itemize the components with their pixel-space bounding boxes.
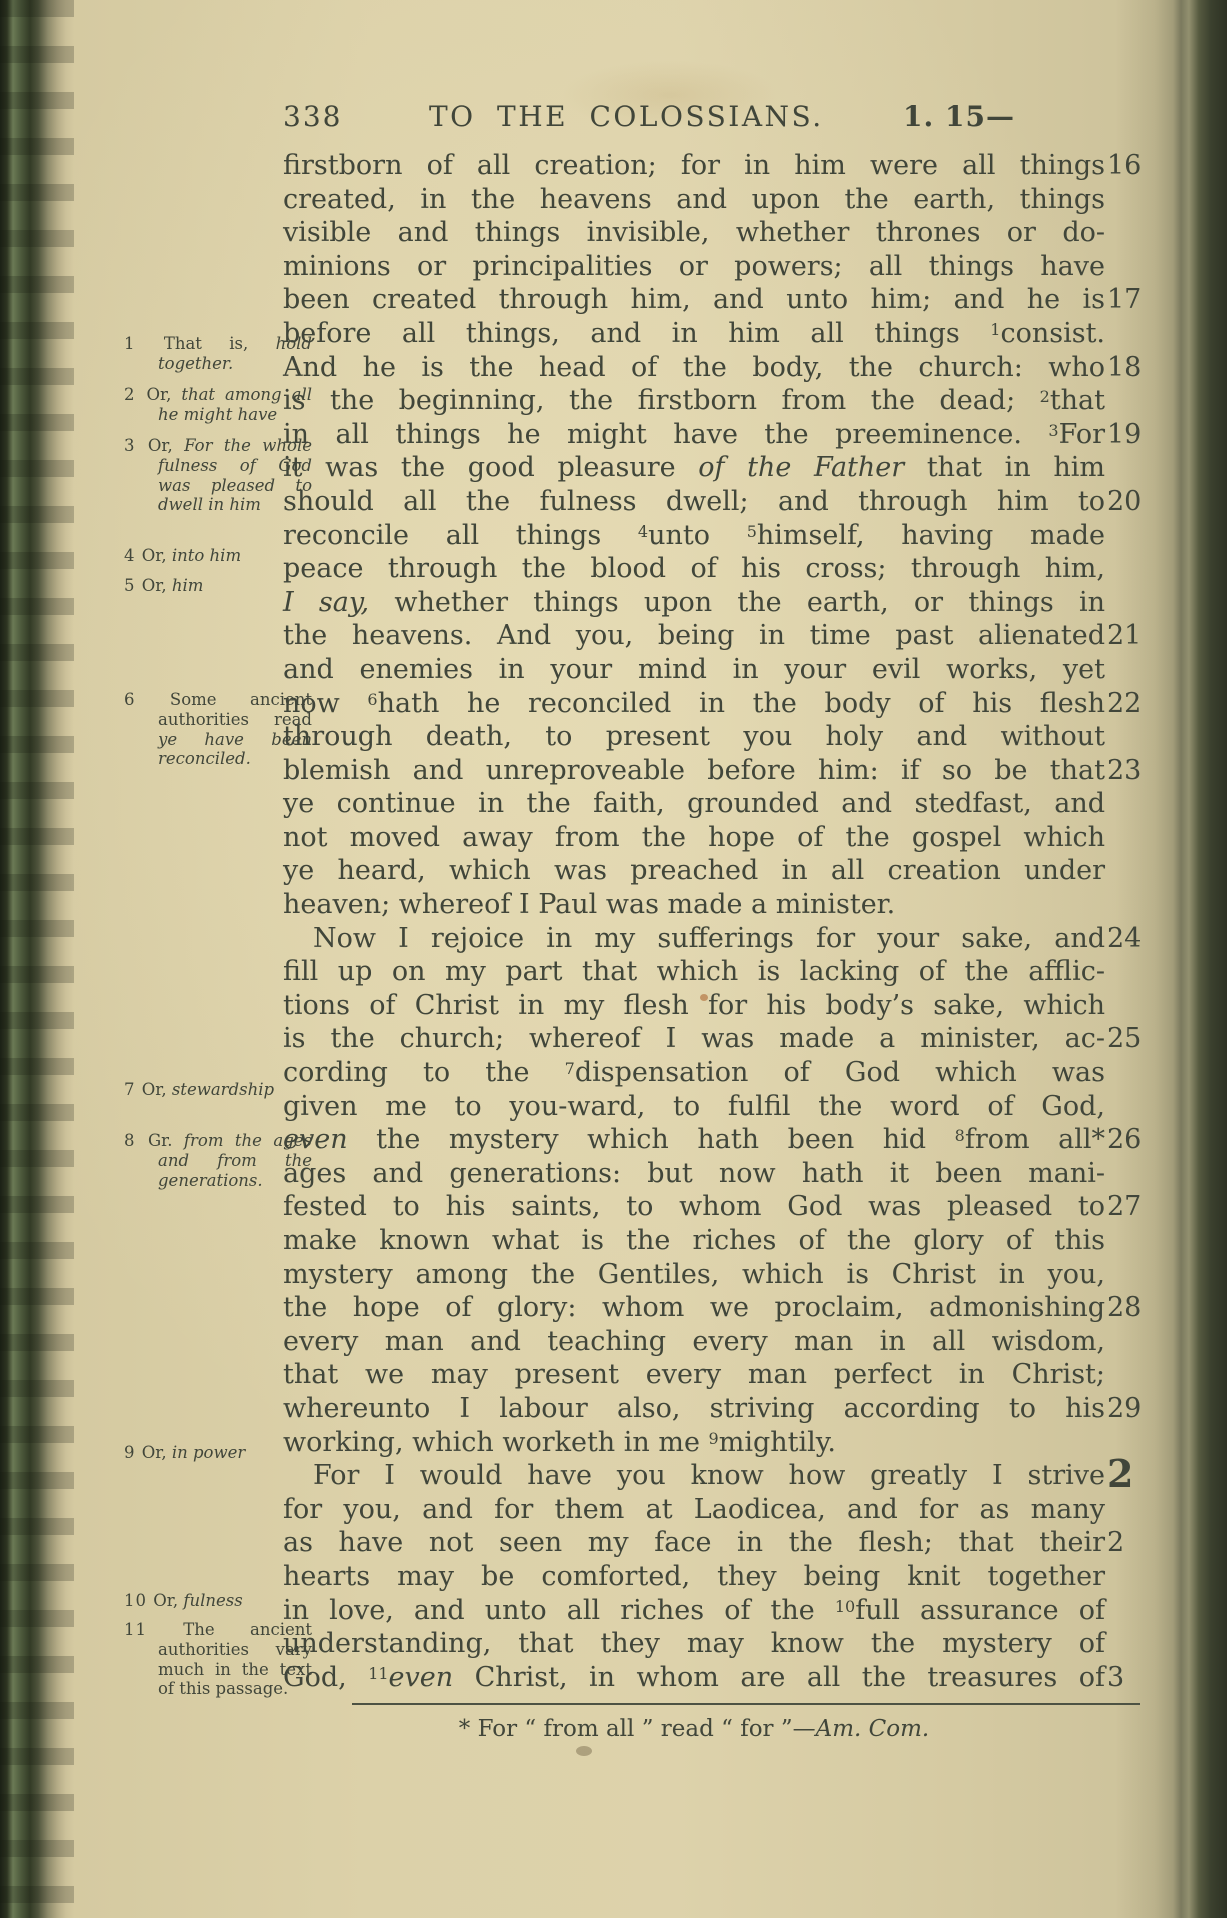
note-reference-mark: 2 [1040, 387, 1050, 406]
text-line: heaven; whereof I Paul was made a minist… [283, 888, 1105, 922]
note-number: 8 [124, 1131, 148, 1150]
text-segment: Or, [142, 546, 172, 565]
text-segment: that we may present every man perfect in… [283, 1359, 1105, 1390]
text-line: is the church; whereof I was made a mini… [283, 1022, 1105, 1056]
text-line: as have not seen my face in the flesh; t… [283, 1526, 1105, 1560]
text-segment: consist. [1000, 318, 1105, 349]
text-segment: that in him [904, 452, 1105, 483]
text-line: ye heard, which was preached in all crea… [283, 854, 1105, 888]
text-segment: reconcile all things [283, 520, 638, 551]
text-line: ye continue in the faith, grounded and s… [283, 787, 1105, 821]
text-segment: that [1050, 385, 1105, 416]
text-line: the hope of glory: whom we proclaim, adm… [283, 1291, 1105, 1325]
text-line: and enemies in your mind in your evil wo… [283, 653, 1105, 687]
note-number: 9 [124, 1443, 142, 1462]
text-line: cording to the 7dispensation of God whic… [283, 1056, 1105, 1090]
text-segment: heaven; whereof I Paul was made a minist… [283, 889, 895, 920]
text-segment: And he is the head of the body, the chur… [283, 352, 1105, 383]
note-reference-mark: 6 [367, 690, 377, 709]
text-segment: the mystery which hath been hid [348, 1124, 955, 1155]
note-number: 1 [124, 334, 164, 353]
text-line: fill up on my part that which is lacking… [283, 955, 1105, 989]
note-number: 7 [124, 1080, 142, 1099]
text-segment: Christ, in whom are all the treasures of [453, 1662, 1105, 1693]
text-line: should all the fulness dwell; and throug… [283, 485, 1105, 519]
text-segment: working, which worketh in me [283, 1427, 709, 1458]
text-segment: and enemies in your mind in your evil wo… [283, 654, 1105, 685]
text-line: fested to his saints, to whom God was pl… [283, 1190, 1105, 1224]
text-segment: firstborn of all creation; for in him we… [283, 150, 1105, 181]
text-segment: tions of Christ in my flesh for his body… [283, 990, 1105, 1021]
verse-number: 26 [1107, 1123, 1163, 1157]
text-segment: dispensation of God which was [575, 1057, 1105, 1088]
text-segment: visible and things invisible, whether th… [283, 217, 1105, 248]
note-number: 2 [124, 385, 146, 404]
text-segment: whereunto I labour also, striving accord… [283, 1393, 1105, 1424]
text-segment: understanding, that they may know the my… [283, 1628, 1105, 1659]
note-reference-mark: 7 [565, 1059, 575, 1078]
text-segment: been created through him, and unto him; … [283, 284, 1105, 315]
text-line: peace through the blood of his cross; th… [283, 552, 1105, 586]
footnote: * For “ from all ” read “ for ”—Am. Com. [283, 1714, 1105, 1744]
verse-number: 3 [1107, 1661, 1163, 1695]
text-line: it was the good pleasure of the Father t… [283, 451, 1105, 485]
text-line: understanding, that they may know the my… [283, 1627, 1105, 1661]
text-segment: even [389, 1662, 454, 1693]
text-line: now 6hath he reconciled in the body of h… [283, 687, 1105, 721]
text-segment: For I would have you know how greatly I … [313, 1460, 1105, 1491]
text-segment: is the church; whereof I was made a mini… [283, 1023, 1105, 1054]
paper-stain [576, 1746, 592, 1756]
running-header: 338 TO THE COLOSSIANS. 1. 15— [283, 100, 1105, 140]
text-segment: Or, [153, 1591, 183, 1610]
text-segment: is the beginning, the firstborn from the… [283, 385, 1040, 416]
text-segment: him [172, 576, 204, 595]
verse-number: 16 [1107, 149, 1163, 183]
note-reference-mark: 3 [1048, 421, 1058, 440]
text-segment: from all* [965, 1124, 1105, 1155]
text-line: even the mystery which hath been hid 8fr… [283, 1123, 1105, 1157]
text-segment: Gr. [148, 1131, 184, 1150]
text-line: God, 11even Christ, in whom are all the … [283, 1661, 1105, 1695]
note-number: 10 [124, 1591, 153, 1610]
text-segment: in power [172, 1443, 245, 1462]
text-line: make known what is the riches of the glo… [283, 1224, 1105, 1258]
text-segment: ages and generations: but now hath it be… [283, 1158, 1105, 1189]
text-segment: ye continue in the faith, grounded and s… [283, 788, 1105, 819]
chapter-number: 2 [1107, 1457, 1163, 1491]
text-segment: the hope of glory: whom we proclaim, adm… [283, 1292, 1105, 1323]
verse-number: 21 [1107, 619, 1163, 653]
text-segment: Or, [146, 385, 181, 404]
verse-reference: 1. 15— [903, 100, 1015, 133]
note-reference-mark: 9 [709, 1429, 719, 1448]
text-segment: I say, [283, 587, 369, 618]
text-segment: mightily. [719, 1427, 836, 1458]
text-segment: hath he reconciled in the body of his fl… [378, 688, 1105, 719]
text-segment: Or, [142, 1443, 172, 1462]
text-segment: every man and teaching every man in all … [283, 1326, 1105, 1357]
text-line: firstborn of all creation; for in him we… [283, 149, 1105, 183]
text-line: been created through him, and unto him; … [283, 283, 1105, 317]
text-segment: fested to his saints, to whom God was pl… [283, 1191, 1105, 1222]
text-line: in all things he might have the preemine… [283, 418, 1105, 452]
note-number: 3 [124, 436, 148, 455]
text-line: whereunto I labour also, striving accord… [283, 1392, 1105, 1426]
text-segment: it was the good pleasure [283, 452, 698, 483]
text-segment: created, in the heavens and upon the ear… [283, 184, 1105, 215]
text-segment: himself, having made [757, 520, 1105, 551]
verse-number: 19 [1107, 418, 1163, 452]
text-segment: as have not seen my face in the flesh; t… [283, 1527, 1105, 1558]
text-segment: given me to you-ward, to fulfil the word… [283, 1091, 1105, 1122]
text-segment: Am. Com. [816, 1716, 930, 1742]
text-segment: * For “ from all ” read “ for ”— [459, 1716, 816, 1742]
text-segment: not moved away from the hope of the gosp… [283, 822, 1105, 853]
verse-number: 17 [1107, 283, 1163, 317]
text-segment: should all the fulness dwell; and throug… [283, 486, 1105, 517]
text-segment: before all things, and in him all things [283, 318, 990, 349]
text-segment: of the Father [698, 452, 904, 483]
verse-number: 20 [1107, 485, 1163, 519]
text-segment: for you, and for them at Laodicea, and f… [283, 1494, 1105, 1525]
note-reference-mark: 4 [638, 522, 648, 541]
text-line: before all things, and in him all things… [283, 317, 1105, 351]
note-reference-mark: 11 [368, 1664, 388, 1683]
text-line: For I would have you know how greatly I … [283, 1459, 1105, 1493]
text-segment: peace through the blood of his cross; th… [283, 553, 1105, 584]
text-segment: make known what is the riches of the glo… [283, 1225, 1105, 1256]
footnote-rule [352, 1703, 1140, 1705]
note-reference-mark: 10 [835, 1597, 855, 1616]
text-segment: ye heard, which was preached in all crea… [283, 855, 1105, 886]
text-line: through death, to present you holy and w… [283, 720, 1105, 754]
verse-number: 18 [1107, 351, 1163, 385]
text-segment: stewardship [172, 1080, 274, 1099]
scripture-text: firstborn of all creation; for in him we… [283, 149, 1105, 1694]
note-reference-mark: 1 [990, 320, 1000, 339]
text-segment: hearts may be comforted, they being knit… [283, 1561, 1105, 1592]
book-binding-left [0, 0, 74, 1918]
verse-number: 2 [1107, 1526, 1163, 1560]
text-line: tions of Christ in my flesh for his body… [283, 989, 1105, 1023]
text-segment: fill up on my part that which is lacking… [283, 956, 1105, 987]
text-segment: Or, [148, 436, 184, 455]
text-segment: in love, and unto all riches of the [283, 1595, 835, 1626]
text-line: in love, and unto all riches of the 10fu… [283, 1594, 1105, 1628]
text-segment: For [1059, 419, 1105, 450]
text-line: visible and things invisible, whether th… [283, 216, 1105, 250]
text-line: reconcile all things 4unto 5himself, hav… [283, 519, 1105, 553]
text-line: not moved away from the hope of the gosp… [283, 821, 1105, 855]
text-line: I say, whether things upon the earth, or… [283, 586, 1105, 620]
text-segment: cording to the [283, 1057, 565, 1088]
verse-number: 24 [1107, 922, 1163, 956]
text-line: Now I rejoice in my sufferings for your … [283, 922, 1105, 956]
text-line: every man and teaching every man in all … [283, 1325, 1105, 1359]
text-line: working, which worketh in me 9mightily. [283, 1426, 1105, 1460]
text-segment: Now I rejoice in my sufferings for your … [313, 923, 1105, 954]
text-segment: through death, to present you holy and w… [283, 721, 1105, 752]
note-number: 6 [124, 690, 170, 709]
note-reference-mark: 5 [747, 522, 757, 541]
text-line: ages and generations: but now hath it be… [283, 1157, 1105, 1191]
text-line: that we may present every man perfect in… [283, 1358, 1105, 1392]
verse-number: 22 [1107, 687, 1163, 721]
verse-number: 27 [1107, 1190, 1163, 1224]
text-segment: in all things he might have the preemine… [283, 419, 1048, 450]
text-segment: fulness [183, 1591, 242, 1610]
verse-number: 29 [1107, 1392, 1163, 1426]
text-line: mystery among the Gentiles, which is Chr… [283, 1258, 1105, 1292]
text-segment: whether things upon the earth, or things… [369, 587, 1105, 618]
text-segment: into him [172, 546, 241, 565]
text-segment: blemish and unreproveable before him: if… [283, 755, 1105, 786]
text-line: is the beginning, the firstborn from the… [283, 384, 1105, 418]
text-line: given me to you-ward, to fulfil the word… [283, 1090, 1105, 1124]
text-line: the heavens. And you, being in time past… [283, 619, 1105, 653]
text-line: minions or principalities or powers; all… [283, 250, 1105, 284]
text-line: for you, and for them at Laodicea, and f… [283, 1493, 1105, 1527]
verse-number: 28 [1107, 1291, 1163, 1325]
text-segment: unto [648, 520, 747, 551]
note-reference-mark: 8 [955, 1126, 965, 1145]
text-segment: Or, [142, 576, 172, 595]
page-number: 338 [283, 100, 342, 133]
note-number: 11 [124, 1620, 183, 1639]
text-segment: mystery among the Gentiles, which is Chr… [283, 1259, 1105, 1290]
note-number: 4 [124, 546, 142, 565]
text-segment: even [283, 1124, 348, 1155]
text-line: created, in the heavens and upon the ear… [283, 183, 1105, 217]
text-segment: the heavens. And you, being in time past… [283, 620, 1105, 651]
text-segment: full assurance of [855, 1595, 1105, 1626]
text-segment: now [283, 688, 367, 719]
text-segment: Or, [142, 1080, 172, 1099]
verse-number: 23 [1107, 754, 1163, 788]
text-segment: minions or principalities or powers; all… [283, 251, 1105, 282]
book-page: 338 TO THE COLOSSIANS. 1. 15— firstborn … [0, 0, 1227, 1918]
text-line: blemish and unreproveable before him: if… [283, 754, 1105, 788]
running-title: TO THE COLOSSIANS. [429, 100, 824, 133]
note-number: 5 [124, 576, 142, 595]
text-line: hearts may be comforted, they being knit… [283, 1560, 1105, 1594]
verse-number: 25 [1107, 1022, 1163, 1056]
text-segment: God, [283, 1662, 368, 1693]
text-segment: That is, [164, 334, 276, 353]
text-line: And he is the head of the body, the chur… [283, 351, 1105, 385]
